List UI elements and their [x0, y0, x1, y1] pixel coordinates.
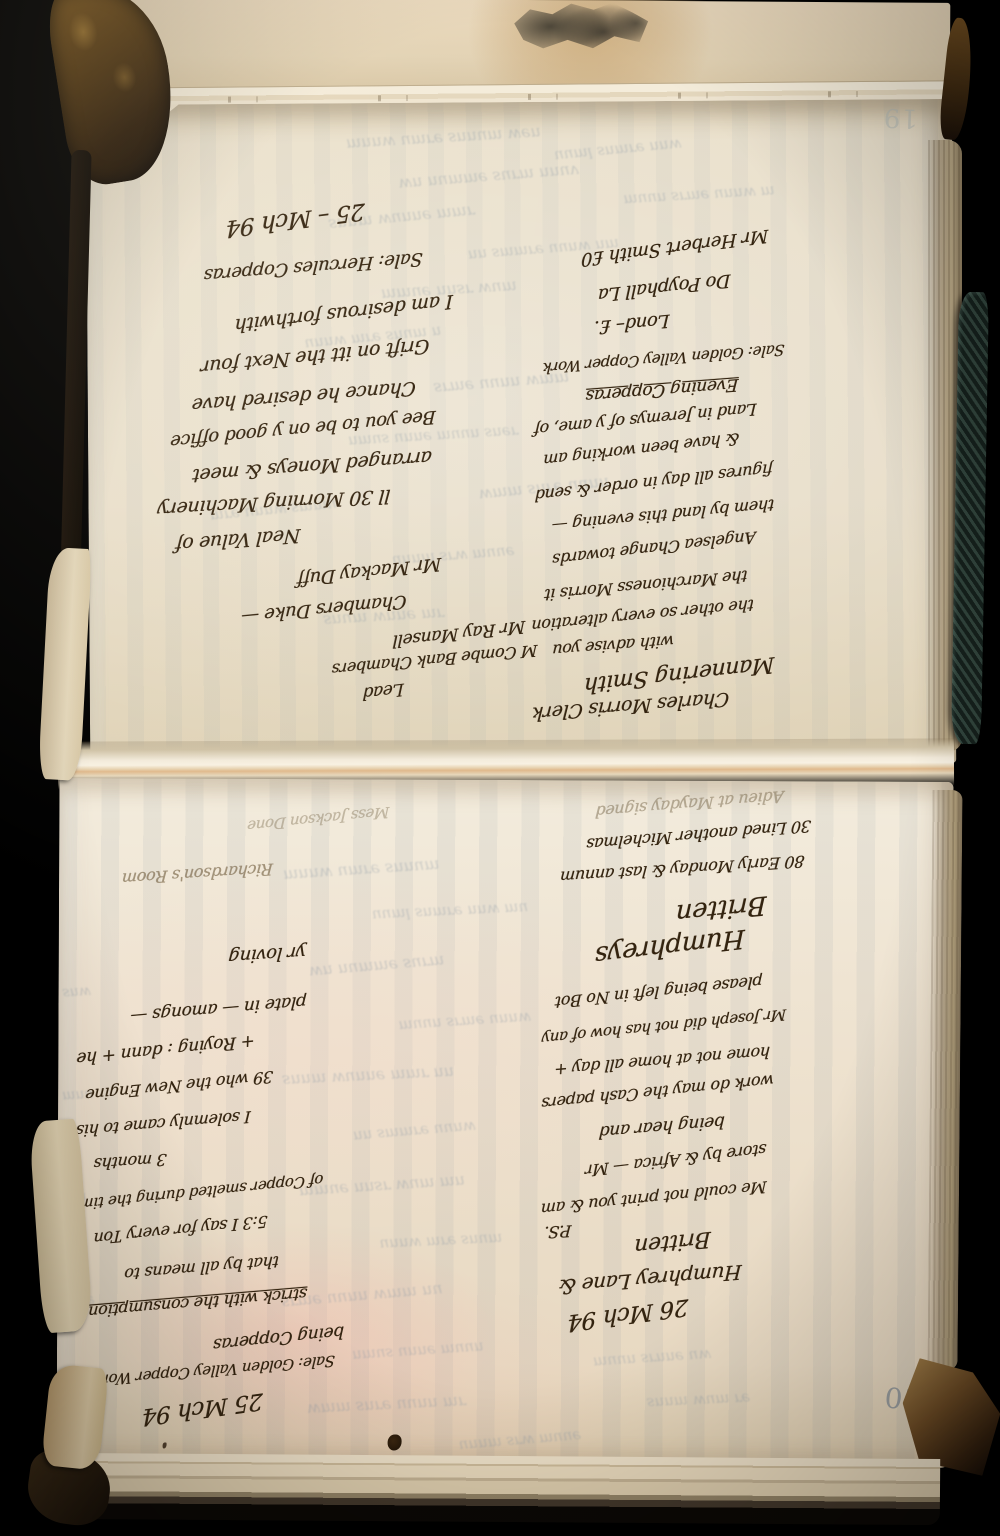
manuscript-line: + Roying : dann + he	[76, 1030, 255, 1068]
manuscript-line: Mess Jackson Done	[247, 803, 389, 835]
manuscript-line: plate in — amongs —	[130, 991, 307, 1026]
manuscript-line: 26 Mch 94	[567, 1294, 688, 1337]
bleed-line: mnnw umre snnum wen	[345, 123, 541, 154]
folio-number-19: 19	[882, 102, 918, 133]
bleed-line: muun srnne uw	[593, 1346, 712, 1372]
manuscript-line: Humphreys	[595, 923, 745, 971]
manuscript-line: Neal Value of	[175, 524, 301, 556]
bleed-line: mnnw umre snnum	[282, 857, 439, 886]
manuscript-line: 3 months	[93, 1150, 167, 1174]
manuscript-line: Mr Mackay Duff	[297, 553, 441, 590]
manuscript-line: please being left in No Bot	[555, 972, 763, 1012]
manuscript-line: 25 Mch 94	[142, 1388, 263, 1431]
manuscript-line: Mr Herbert Smith £0	[581, 225, 768, 270]
fore-edge-pages-bottom	[927, 790, 962, 1370]
manuscript-line: Sale: Hercules Copperas	[203, 248, 423, 286]
bleed-line: muun srme unnw	[398, 1009, 531, 1036]
manuscript-line: Sale: Golden Valley Copper Work	[542, 341, 785, 378]
manuscript-line: being hear and	[598, 1112, 725, 1143]
manuscript-line: Adieu at Mayday signed	[596, 787, 785, 822]
bleed-line: mmue nnsr wum mn	[299, 1172, 466, 1202]
manuscript-line: of Copper smelted during the time	[71, 1171, 324, 1215]
manuscript-line: M Combe Bank Chambers	[332, 641, 538, 680]
manuscript-line: I solemnly came to his	[76, 1107, 251, 1141]
manuscript-line: Charles Morris Clerk	[531, 688, 729, 725]
manuscript-line: 25 – Mch 94	[225, 197, 364, 241]
bleed-line: muun srme unnw m	[623, 183, 775, 210]
bleed-line: wmm snre uunn mr	[307, 1393, 467, 1420]
bleed-line: uuml snmre nnw mu	[371, 899, 528, 924]
bottom-page: mnnw umre snnumuuml snmre nnw muwn numme…	[57, 778, 954, 1468]
manuscript-line: Britten	[634, 1226, 711, 1259]
bottom-page-stack-edge	[64, 1453, 940, 1525]
bleed-line: snnm wum re	[646, 1389, 750, 1412]
bleed-line: unnm srw muue	[458, 1427, 582, 1455]
manuscript-line: Angelsea Change towards	[552, 528, 756, 570]
manuscript-line: Evening Copperas	[585, 374, 739, 406]
bleed-line: snw	[63, 983, 92, 1001]
manuscript-line: P.S.	[544, 1222, 572, 1243]
manuscript-line: Mr Joseph did not has how of any	[541, 1005, 786, 1048]
manuscript-line: store by & Africa — Mr	[586, 1140, 767, 1181]
manuscript-line: Britten	[675, 889, 767, 928]
manuscript-line: that by all means to	[124, 1252, 279, 1284]
bleed-line: wn numme surm nnuv	[398, 162, 580, 195]
manuscript-line: with advise you	[552, 631, 675, 659]
manuscript-line: 5:3 I say for every Ton	[93, 1212, 267, 1249]
manuscript-line: strick with the consumption	[88, 1284, 308, 1321]
bleed-line: unnw mre snum	[379, 1230, 503, 1254]
bleed-line: wn numme surm	[308, 952, 445, 982]
manuscript-line: Lond– £.	[594, 310, 670, 338]
bleed-line: nmus unne muun	[352, 1338, 485, 1365]
manuscript-line: 80 Early Monday & last annum	[559, 852, 805, 887]
top-page: mnnw umre snnum wenuuml snmre nnwwn numm…	[86, 99, 957, 769]
manuscript-line: Richardson's Room	[121, 859, 273, 888]
manuscript-line: yr loving	[228, 941, 307, 967]
bleed-line: snnm wunne mmr nn	[281, 1063, 454, 1090]
ink-blot	[387, 1435, 401, 1451]
bleed-line: uuml snmre nnw	[553, 135, 682, 165]
manuscript-line: 39 who the New Engine	[85, 1067, 273, 1105]
manuscript-line: Lead	[362, 678, 403, 703]
manuscript-line: Humphrey Lane &	[558, 1260, 742, 1299]
manuscript-line: Sale: Golden Valley Copper Work	[93, 1352, 336, 1390]
manuscript-line: Me could not print you & am	[541, 1177, 767, 1219]
bleed-line: nn smmre uunw	[352, 1118, 476, 1146]
manuscript-line: 30 Lined another Michelmas	[587, 816, 813, 854]
manuscript-line: arranged Moneys & meet	[192, 446, 433, 487]
manuscript-line: being Copperas	[213, 1321, 345, 1354]
manuscript-photo: mnnw umre snnum wenuuml snmre nnwwn numm…	[0, 0, 1000, 1536]
manuscript-line: Do Poyphall La	[598, 269, 731, 305]
